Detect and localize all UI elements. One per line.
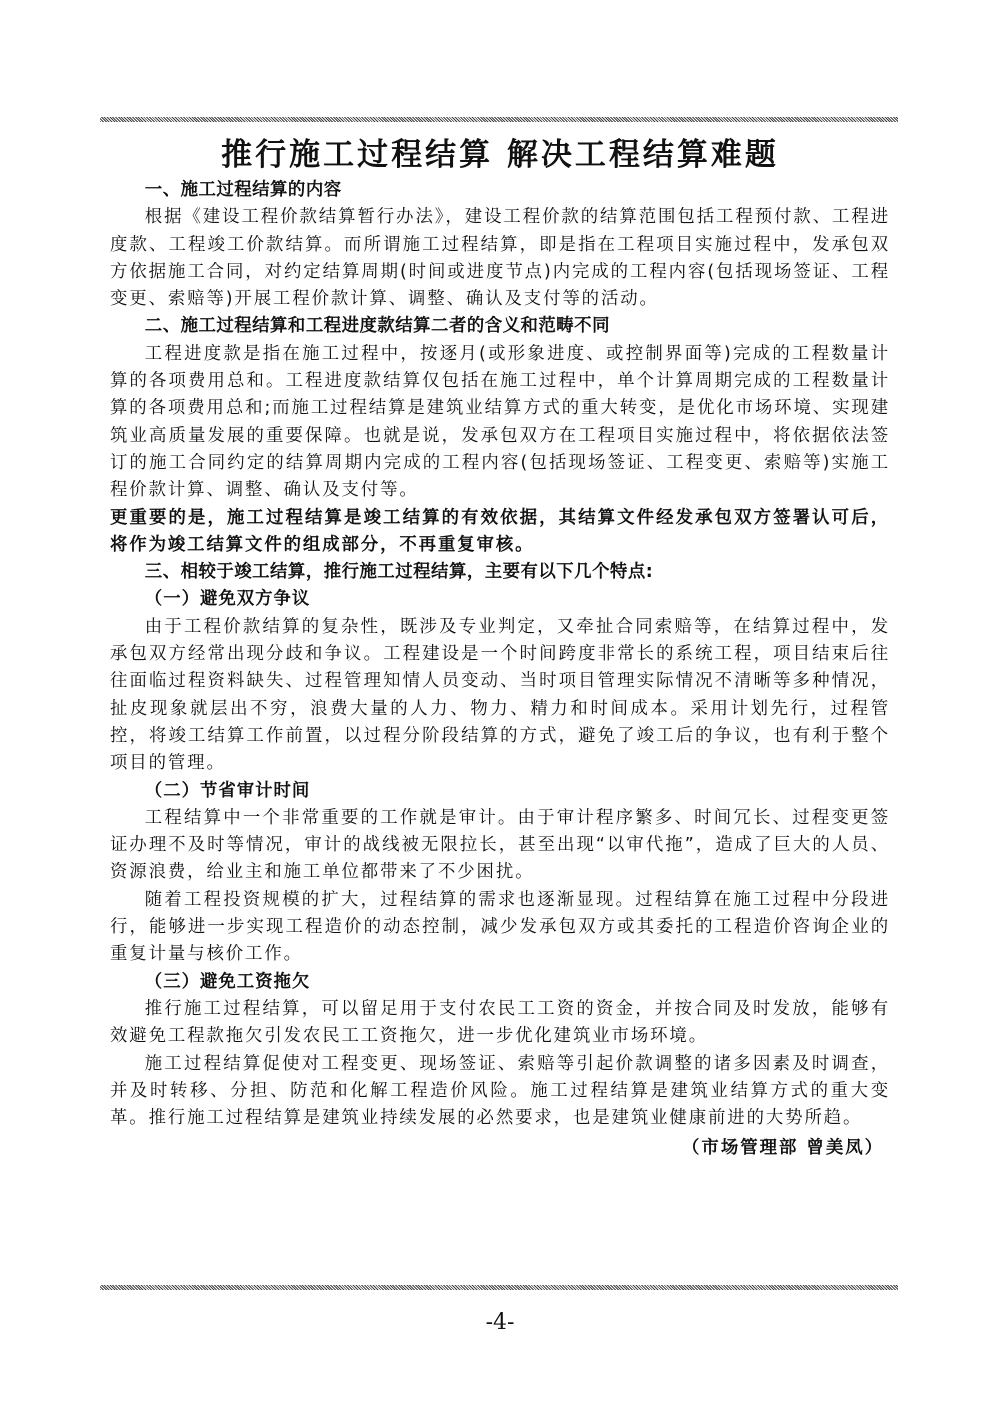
article-body: 一、施工过程结算的内容 根据《建设工程价款结算暂行办法》，建设工程价款的结算范围… bbox=[110, 177, 890, 1163]
article-title: 推行施工过程结算 解决工程结算难题 bbox=[100, 133, 900, 177]
subsection-1-paragraph-1: 由于工程价款结算的复杂性，既涉及专业判定，又牵扯合同索赔等，在结算过程中，发承包… bbox=[110, 614, 890, 778]
section-heading-2: 二、施工过程结算和工程进度款结算二者的含义和范畴不同 bbox=[110, 313, 890, 340]
subsection-heading-3: （三）避免工资拖欠 bbox=[110, 969, 890, 996]
section-heading-1: 一、施工过程结算的内容 bbox=[110, 177, 890, 204]
subsection-2-paragraph-2: 随着工程投资规模的扩大，过程结算的需求也逐渐显现。过程结算在施工过程中分段进行，… bbox=[110, 887, 890, 969]
page-number: -4- bbox=[0, 1310, 1000, 1335]
top-decorative-rule bbox=[100, 117, 898, 122]
section-1-paragraph-1: 根据《建设工程价款结算暂行办法》，建设工程价款的结算范围包括工程预付款、工程进度… bbox=[110, 204, 890, 313]
bottom-decorative-rule bbox=[100, 1285, 898, 1290]
subsection-3-paragraph-2: 施工过程结算促使对工程变更、现场签证、索赔等引起价款调整的诸多因素及时调查，并及… bbox=[110, 1051, 890, 1133]
subsection-heading-2: （二）节省审计时间 bbox=[110, 778, 890, 805]
section-2-bold-paragraph: 更重要的是，施工过程结算是竣工结算的有效依据，其结算文件经发承包双方签署认可后，… bbox=[110, 505, 890, 560]
section-2-paragraph-1: 工程进度款是指在施工过程中，按逐月(或形象进度、或控制界面等)完成的工程数量计算… bbox=[110, 341, 890, 505]
subsection-heading-1: （一）避免双方争议 bbox=[110, 586, 890, 613]
subsection-3-paragraph-1: 推行施工过程结算，可以留足用于支付农民工工资的资金，并按合同及时发放，能够有效避… bbox=[110, 996, 890, 1051]
section-heading-3: 三、相较于竣工结算，推行施工过程结算，主要有以下几个特点: bbox=[110, 559, 890, 586]
author-signature: （市场管理部 曾美凤） bbox=[110, 1135, 890, 1162]
subsection-2-paragraph-1: 工程结算中一个非常重要的工作就是审计。由于审计程序繁多、时间冗长、过程变更签证办… bbox=[110, 805, 890, 887]
